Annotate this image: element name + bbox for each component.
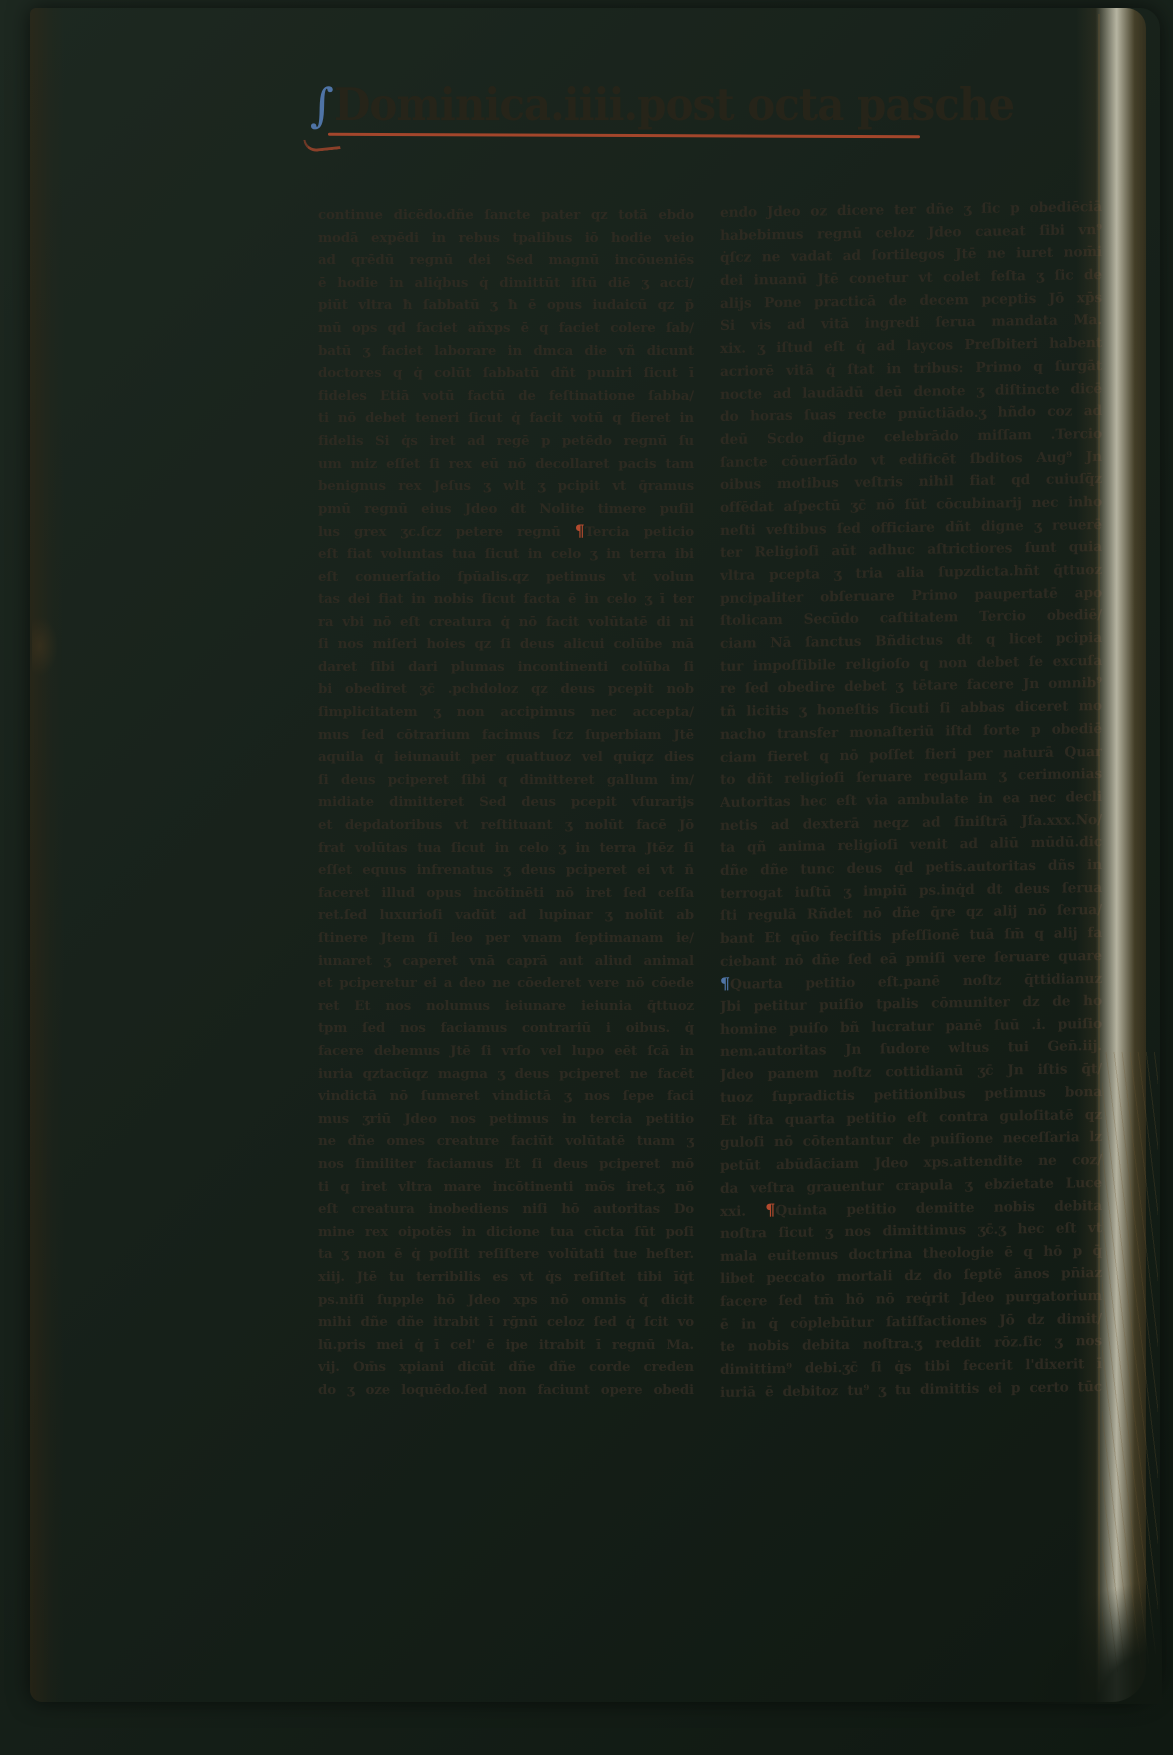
text-line: modā expēdi in rebus tpalibus iō hodie v…	[318, 227, 694, 250]
text-line: ſi nos miſeri hoies qz ſi deus alicui co…	[318, 633, 694, 656]
text-line: bi obediret ʒc̄ .pchdoloz qz deus pcepit…	[318, 678, 694, 701]
text-line: um miz eſſet ſi rex eū nō decollaret pac…	[318, 453, 694, 476]
text-line: daret ſibi dari plumas incontinenti colū…	[318, 656, 694, 679]
text-line: mihi dñe dñe itrabit ī rḡnū celoz ſed q̇…	[318, 1311, 694, 1334]
text-line: ſimplicitatem ʒ non accipimus nec accept…	[318, 701, 694, 724]
text-line: ret Et nos nolumus ieiunare ieiunia q̄tt…	[318, 995, 694, 1018]
text-line: vindictā nō ſumeret vindictā ʒ nos ſepe …	[318, 1085, 694, 1108]
text-line: aquila q̇ ieiunauit per quattuoz vel qui…	[318, 746, 694, 769]
text-line: ti nō debet teneri ſicut q̇ facit votū q…	[318, 407, 694, 430]
text-line: nos ſimiliter faciamus Et ſi deus pciper…	[318, 1153, 694, 1176]
bottom-right-page-curl	[992, 1564, 1162, 1704]
text-line: piūt vltra ħ ſabbatū ʒ ħ ē opus iudaicū …	[318, 294, 694, 317]
text-line: ra vbi nō eſt creatura q̇ nō facit volūt…	[318, 611, 694, 634]
text-line: midiate dimitteret Sed deus pcepit vſura…	[318, 791, 694, 814]
ink-stain	[32, 616, 58, 676]
red-paraph-mark: ¶	[575, 522, 585, 540]
text-line: ſi deus pciperet ſibi q dimitteret gallu…	[318, 769, 694, 792]
text-line: frat volūtas tua ſicut in celo ʒ in terr…	[318, 837, 694, 860]
red-underline-rule	[328, 133, 920, 139]
text-line: continue dicēdo.dñe ſancte pater qz totā…	[318, 204, 694, 227]
text-line: ad qrēdū regnū dei Sed magnū incōueniēs	[318, 249, 694, 272]
text-line: faceret illud opus incōtinēti nō iret ſe…	[318, 882, 694, 905]
text-line: eſſet equus infrenatus ʒ deus pciperet e…	[318, 859, 694, 882]
text-line: fidelis Si q̇s iret ad regē p petēdo reg…	[318, 430, 694, 453]
blue-lombard-mark: ¶	[720, 974, 730, 993]
text-line: facere debemus Jtē ſi vrſo vel lupo eēt …	[318, 1040, 694, 1063]
text-line: lus grex ʒc.ſcz petere regnū ¶Tercia pet…	[318, 520, 694, 543]
red-paraph-mark: ¶	[765, 1200, 775, 1219]
text-line: doctores q q̇ colūt ſabbatū dñt puniri ſ…	[318, 362, 694, 385]
text-line: vij. Om̄s xpiani dicūt dñe dñe corde cre…	[318, 1356, 694, 1379]
red-underline-tail	[303, 136, 340, 153]
page-title: Dominica.iiii.post octa pasche	[334, 81, 1014, 130]
text-line: iunaret ʒ caperet vnā caprā aut aliud an…	[318, 950, 694, 973]
text-column-left: continue dicēdo.dñe ſancte pater qz totā…	[318, 204, 694, 1401]
text-line: mine rex oipotēs in dicione tua cūcta ſū…	[318, 1221, 694, 1244]
text-line: et depdatoribus vt reſtituant ʒ nolūt fa…	[318, 814, 694, 837]
page-header: ∫ Dominica.iiii.post octa pasche	[318, 70, 958, 148]
text-line: eſt conuerſatio ſpūalis.qz petimus vt vo…	[318, 566, 694, 589]
text-line: eſt creatura inobediens niſi hō autorita…	[318, 1198, 694, 1221]
text-line: ps.niſi ſupple hō Jdeo xps nō omnis q̇ d…	[318, 1289, 694, 1312]
blue-paraph-mark: ∫	[310, 82, 334, 128]
text-line: ſtinere Jtem ſi leo per vnam ſeptimanam …	[318, 927, 694, 950]
page-fold-crease	[1098, 14, 1100, 1692]
text-line: iuria qztacūqz magna ʒ deus pciperet ne …	[318, 1063, 694, 1086]
text-line: ti q iret vltra mare incōtinenti mōs ire…	[318, 1176, 694, 1199]
text-line: pmū regnū eius Jdeo dt Nolite timere puſ…	[318, 498, 694, 521]
text-line: ne dñe omes creature faciūt volūtatē tua…	[318, 1130, 694, 1153]
text-line: tpm ſed nos faciamus contrariū i oibus. …	[318, 1017, 694, 1040]
text-line: eſt fiat voluntas tua ſicut in celo ʒ in…	[318, 543, 694, 566]
text-line: mus ʒriū Jdeo nos petimus in tercia peti…	[318, 1108, 694, 1131]
text-line: mus ſed cōtrarium facimus ſcz ſuperbiam …	[318, 724, 694, 747]
text-line: ē hodie in aliq̇bus q̇ dimittūt iſtū diē…	[318, 272, 694, 295]
book-page: ∫ Dominica.iiii.post octa pasche continu…	[30, 8, 1160, 1702]
text-line: xiij. Jtē tu terribilis es vt q̇s reſiſt…	[318, 1266, 694, 1289]
text-line: tas dei fiat in nobis ſicut facta ē in c…	[318, 588, 694, 611]
text-line: ret.ſed luxurioſi vadūt ad lupinar ʒ nol…	[318, 904, 694, 927]
text-line: fideles Etiā votū factū de feſtinatione …	[318, 385, 694, 408]
text-line: et pciperetur ei a deo ne cōederet vere …	[318, 972, 694, 995]
text-column-right: endo Jdeo oz dicere ter dñe ʒ ſic p obed…	[720, 196, 1102, 1404]
text-line: ta ʒ non ē q̇ poſſit reſiſtere volūtati …	[318, 1243, 694, 1266]
text-line: do ʒ oze loquēdo.ſed non faciunt opere o…	[318, 1379, 694, 1402]
text-line: benignus rex Jeſus ʒ wlt ʒ pcipit vt q̄r…	[318, 475, 694, 498]
gutter-shadow	[30, 8, 64, 1702]
text-line: mū ops qd faciet añxps ē q faciet colere…	[318, 317, 694, 340]
text-line: batū ʒ faciet laborare in dmca die vñ di…	[318, 340, 694, 363]
photograph-background: ∫ Dominica.iiii.post octa pasche continu…	[0, 0, 1173, 1755]
text-line: lū.pris mei q̇ ī cel' ē ipe itrabit ī re…	[318, 1334, 694, 1357]
